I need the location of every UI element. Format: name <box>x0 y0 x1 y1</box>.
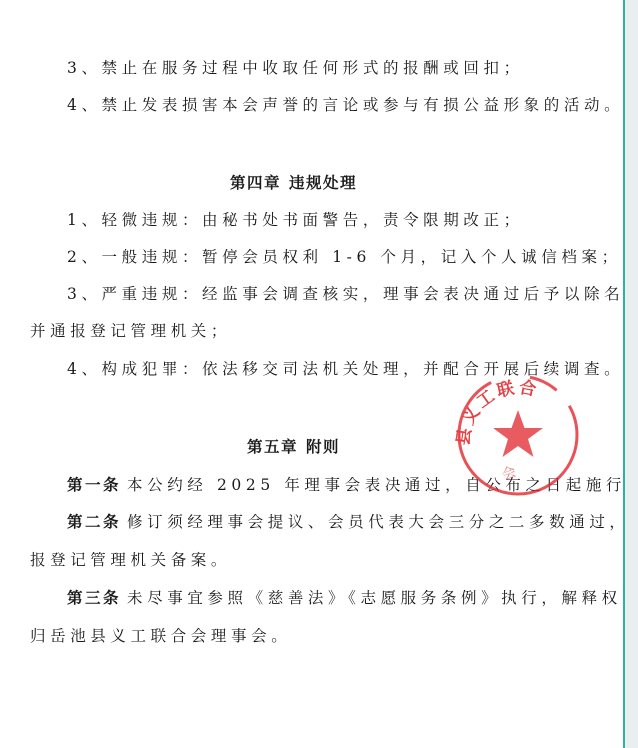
article-2-label: 第二条 <box>67 512 121 531</box>
violation-item-3-cont: 并通报登记管理机关； <box>30 321 231 341</box>
article-1-label: 第一条 <box>67 475 121 494</box>
chapter-5-heading: 第五章附则 <box>247 437 340 457</box>
article-3-label: 第三条 <box>67 588 121 607</box>
article-3-text: 未尽事宜参照《慈善法》《志愿服务条例》执行，解释权 <box>127 589 622 607</box>
star-icon <box>493 410 543 457</box>
article-1-text: 本公约经 2025 年理事会表决通过，自公布之日起施行。 <box>127 476 638 494</box>
article-3-cont: 归岳池县义工联合会理事会。 <box>30 626 291 646</box>
article-2-cont: 报登记管理机关备案。 <box>30 550 231 570</box>
chapter-4-heading: 第四章违规处理 <box>230 173 357 193</box>
violation-item-4: 4、构成犯罪：依法移交司法机关处理，并配合开展后续调查。 <box>67 359 624 379</box>
chapter-5-number: 第五章 <box>247 437 298 456</box>
chapter-5-title: 附则 <box>306 437 340 456</box>
seal-arc-text: 县义工联合 <box>454 377 541 447</box>
side-panel <box>625 0 638 748</box>
document-page: 3、禁止在服务过程中收取任何形式的报酬或回扣； 4、禁止发表损害本会声誉的言论或… <box>0 0 623 748</box>
article-3: 第三条未尽事宜参照《慈善法》《志愿服务条例》执行，解释权 <box>67 588 622 608</box>
article-2-text: 修订须经理事会提议、会员代表大会三分之二多数通过， <box>127 513 630 531</box>
violation-item-2: 2、一般违规：暂停会员权利 1-6 个月，记入个人诚信档案； <box>67 247 622 267</box>
rule-item-3: 3、禁止在服务过程中收取任何形式的报酬或回扣； <box>67 58 524 78</box>
svg-text:县义工联合: 县义工联合 <box>454 377 541 447</box>
violation-item-1: 1、轻微违规：由秘书处书面警告，责令限期改正； <box>67 210 524 230</box>
chapter-4-title: 违规处理 <box>289 173 357 192</box>
article-2: 第二条修订须经理事会提议、会员代表大会三分之二多数通过， <box>67 512 630 532</box>
rule-item-4: 4、禁止发表损害本会声誉的言论或参与有损公益形象的活动。 <box>67 95 624 115</box>
violation-item-3: 3、严重违规：经监事会调查核实，理事会表决通过后予以除名， <box>67 284 638 304</box>
chapter-4-number: 第四章 <box>230 173 281 192</box>
article-1: 第一条本公约经 2025 年理事会表决通过，自公布之日起施行。 <box>67 475 638 495</box>
